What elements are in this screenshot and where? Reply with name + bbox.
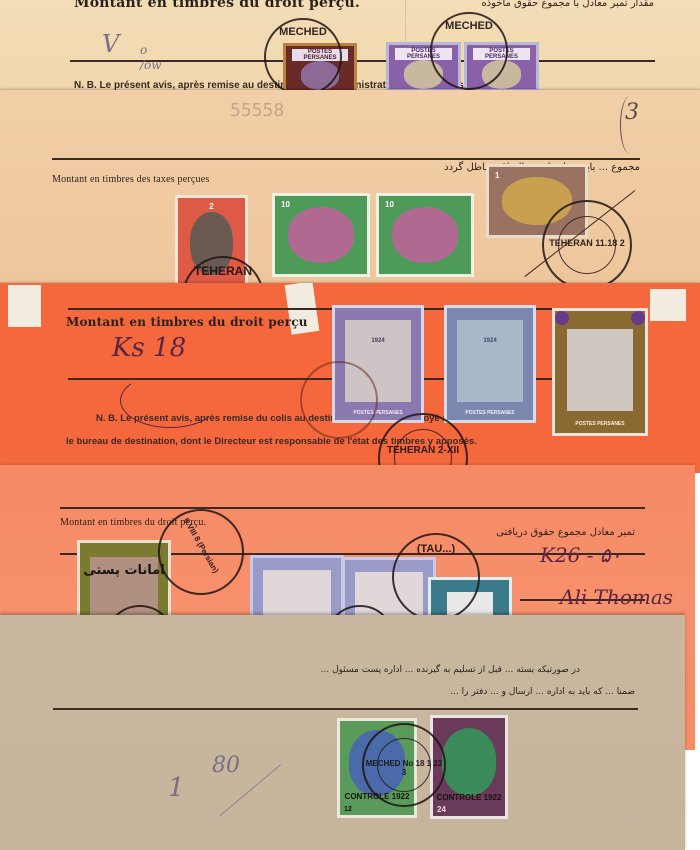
printed-text-fa-line-1: در صورتیکه بسته ... قبل از تسلیم به گیرن… — [321, 665, 580, 675]
amount-label-fa: تمبر معادل مجموع حقوق دریافتی — [496, 527, 635, 538]
stamp-portrait — [288, 207, 354, 263]
stamp-portrait — [442, 728, 497, 797]
stamp-10-ch: 10 — [376, 193, 474, 277]
form-rule — [53, 708, 638, 710]
pencil-mark: 80 — [212, 753, 240, 778]
receipt-form-5: در صورتیکه بسته ... قبل از تسلیم به گیرن… — [0, 615, 685, 850]
amount-label-fr: Montant en timbres du droit perçu. — [74, 0, 360, 11]
postmark-tau: (TAU...) — [392, 533, 480, 621]
handwritten-amount: K26 - ۵۰ — [540, 543, 621, 567]
handwritten-mark: /ow — [140, 58, 162, 72]
paper-hinge — [650, 289, 686, 321]
stamp-portrait — [392, 207, 458, 263]
handwritten-amount: Ks 18 — [112, 333, 186, 363]
postmark-meched-dated: MECHED No 18 1 23 3 — [362, 723, 446, 807]
handwritten-mark: o — [140, 43, 147, 57]
stamp-10-ch: 10 — [272, 193, 370, 277]
receipt-form-3: Montant en timbres du droit perçu Ks 18 … — [0, 283, 700, 473]
postmark-faint — [300, 361, 378, 439]
postmark-persian-dated: 6 VIII 8 (Persian) — [158, 509, 244, 595]
postmark-meched: MECHED — [264, 18, 342, 96]
stamp-persepolis: POSTES PERSANES — [552, 308, 648, 436]
stamp-corner-ornament — [631, 311, 645, 325]
printed-text-fa-line-2: ضمنا ... که باید به اداره ... ارسال و ..… — [450, 687, 635, 697]
form-rule — [52, 158, 640, 160]
handwritten-signature: Ali Thomas — [560, 585, 673, 609]
pencil-bracket — [620, 96, 640, 154]
postmark-meched: MECHED — [430, 12, 508, 90]
amount-label-fa: مقدار تمبر معادل با مجموع حقوق ماخوذه — [481, 0, 654, 9]
form-rule — [60, 507, 645, 509]
stamp-corner-ornament — [555, 311, 569, 325]
taxes-label-fr: Montant en timbres des taxes perçues — [52, 174, 209, 185]
amount-label-fr: Montant en timbres du droit perçu — [66, 315, 308, 329]
paper-hinge — [8, 285, 41, 327]
receipt-form-1: Montant en timbres du droit perçu. مقدار… — [0, 0, 700, 100]
stamp-commemorative-1924: 1924 POSTES PERSANES — [444, 305, 536, 423]
handwritten-mark: V — [102, 30, 119, 58]
stamp-monument-image — [457, 320, 523, 402]
receipt-form-2: 55558 3 Montant en timbres des taxes per… — [0, 90, 700, 290]
stamp-ruins-image — [567, 329, 633, 411]
serial-number: 55558 — [230, 100, 284, 121]
pencil-mark: 1 — [168, 773, 185, 803]
pen-flourish — [120, 373, 220, 428]
postmark-teheran-dated: TEHERAN 11.18 2 — [542, 200, 632, 290]
